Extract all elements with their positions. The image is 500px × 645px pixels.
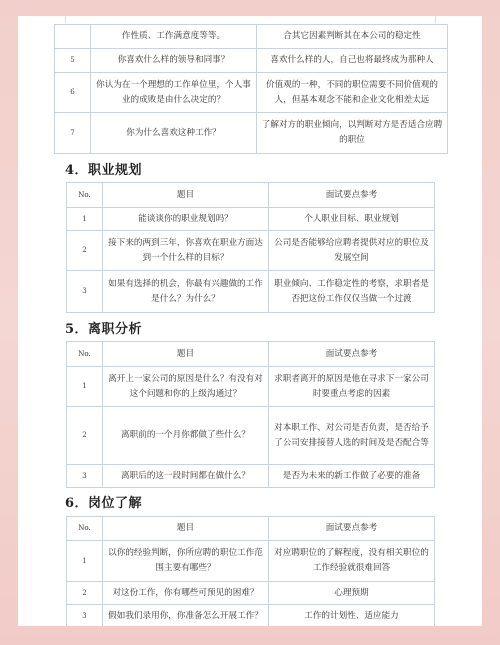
reference-cell: 喜欢什么样的人，自己也将最终成为那种人 bbox=[257, 49, 448, 73]
question-cell: 离开上一家公司的原因是什么？有没有对这个问题和你的上级沟通过？ bbox=[103, 367, 269, 407]
row-number: 7 bbox=[55, 113, 91, 154]
question-cell: 你认为在一个理想的工作单位里，个人事业的成败是由什么决定的？ bbox=[91, 73, 257, 113]
row-number: 2 bbox=[67, 407, 103, 465]
header-question: 题目 bbox=[103, 183, 269, 208]
table-row: 3 假如我们录用你，你准备怎么开展工作？ 工作的计划性、适应能力 bbox=[67, 605, 435, 627]
question-cell: 你喜欢什么样的领导和同事？ bbox=[91, 49, 257, 73]
question-cell: 作性质、工作满意度等等。 bbox=[91, 25, 257, 49]
question-cell: 离职后的这一段时间都在做什么？ bbox=[103, 465, 269, 488]
row-number: 5 bbox=[55, 49, 91, 73]
page-edge-mark-left bbox=[65, 16, 66, 23]
reference-cell: 求职者离开的原因是他在寻求下一家公司时要重点考虑的因素 bbox=[269, 367, 435, 407]
table-row: 5 你喜欢什么样的领导和同事？ 喜欢什么样的人，自己也将最终成为那种人 bbox=[55, 49, 448, 73]
header-question: 题目 bbox=[103, 517, 269, 541]
table-position-understanding: No. 题目 面试要点参考 1 以你的经验判断，你所应聘的职位工作范围主要有哪些… bbox=[66, 516, 435, 626]
table-career-planning: No. 题目 面试要点参考 1 能谈谈你的职业规划吗？ 个人职业目标、职业规划 … bbox=[66, 182, 435, 313]
header-no: No. bbox=[67, 342, 103, 367]
row-number: 1 bbox=[67, 541, 103, 582]
header-reference: 面试要点参考 bbox=[269, 342, 435, 367]
reference-cell: 对本职工作、对公司是否负责，是否给予了公司安排接替人选的时间及是否配合等 bbox=[269, 407, 435, 465]
table-row: 3 如果有选择的机会，你最有兴趣做的工作是什么？为什么？ 职业倾向、工作稳定性的… bbox=[67, 271, 435, 313]
table-header-row: No. 题目 面试要点参考 bbox=[67, 342, 435, 367]
reference-cell: 心理预期 bbox=[269, 582, 435, 605]
reference-cell: 职业倾向、工作稳定性的考察，求职者是否把这份工作仅仅当做一个过渡 bbox=[269, 271, 435, 313]
question-cell: 能谈谈你的职业规划吗？ bbox=[103, 208, 269, 231]
row-number: 3 bbox=[67, 271, 103, 313]
section-title-position-understanding: 6．岗位了解 bbox=[65, 492, 142, 511]
section-title-resignation-analysis: 5．离职分析 bbox=[65, 318, 142, 337]
table-row: 3 离职后的这一段时间都在做什么？ 是否为未来的新工作做了必要的准备 bbox=[67, 465, 435, 488]
header-no: No. bbox=[67, 517, 103, 541]
reference-cell: 对应聘职位的了解程度，没有相关职位的工作经验就很难回答 bbox=[269, 541, 435, 582]
row-number bbox=[55, 25, 91, 49]
table-row: 1 以你的经验判断，你所应聘的职位工作范围主要有哪些？ 对应聘职位的了解程度，没… bbox=[67, 541, 435, 582]
question-cell: 以你的经验判断，你所应聘的职位工作范围主要有哪些？ bbox=[103, 541, 269, 582]
question-cell: 离职前的一个月你都做了些什么？ bbox=[103, 407, 269, 465]
row-number: 1 bbox=[67, 367, 103, 407]
header-question: 题目 bbox=[103, 342, 269, 367]
row-number: 2 bbox=[67, 231, 103, 271]
table-section-3-continued: 作性质、工作满意度等等。 合其它因素判断其在本公司的稳定性 5 你喜欢什么样的领… bbox=[54, 24, 448, 154]
row-number: 1 bbox=[67, 208, 103, 231]
question-cell: 你为什么喜欢这种工作？ bbox=[91, 113, 257, 154]
table-row: 2 对这份工作，你有哪些可预见的困难？ 心理预期 bbox=[67, 582, 435, 605]
header-no: No. bbox=[67, 183, 103, 208]
reference-cell: 个人职业目标、职业规划 bbox=[269, 208, 435, 231]
question-cell: 对这份工作，你有哪些可预见的困难？ bbox=[103, 582, 269, 605]
row-number: 6 bbox=[55, 73, 91, 113]
table-row: 1 能谈谈你的职业规划吗？ 个人职业目标、职业规划 bbox=[67, 208, 435, 231]
row-number: 2 bbox=[67, 582, 103, 605]
question-cell: 如果有选择的机会，你最有兴趣做的工作是什么？为什么？ bbox=[103, 271, 269, 313]
reference-cell: 了解对方的职业倾向，以判断对方是否适合应聘的职位 bbox=[257, 113, 448, 154]
question-cell: 假如我们录用你，你准备怎么开展工作？ bbox=[103, 605, 269, 627]
reference-cell: 公司是否能够给应聘者提供对应的职位及发展空间 bbox=[269, 231, 435, 271]
page-edge-mark-right bbox=[435, 16, 436, 23]
reference-cell: 工作的计划性、适应能力 bbox=[269, 605, 435, 627]
question-cell: 接下来的两到三年，你喜欢在职业方面达到一个什么样的目标？ bbox=[103, 231, 269, 271]
table-header-row: No. 题目 面试要点参考 bbox=[67, 517, 435, 541]
header-reference: 面试要点参考 bbox=[269, 183, 435, 208]
table-row: 7 你为什么喜欢这种工作？ 了解对方的职业倾向，以判断对方是否适合应聘的职位 bbox=[55, 113, 448, 154]
table-row: 2 接下来的两到三年，你喜欢在职业方面达到一个什么样的目标？ 公司是否能够给应聘… bbox=[67, 231, 435, 271]
table-row: 6 你认为在一个理想的工作单位里，个人事业的成败是由什么决定的？ 价值观的一种，… bbox=[55, 73, 448, 113]
row-number: 3 bbox=[67, 605, 103, 627]
table-row: 作性质、工作满意度等等。 合其它因素判断其在本公司的稳定性 bbox=[55, 25, 448, 49]
table-row: 2 离职前的一个月你都做了些什么？ 对本职工作、对公司是否负责，是否给予了公司安… bbox=[67, 407, 435, 465]
table-resignation-analysis: No. 题目 面试要点参考 1 离开上一家公司的原因是什么？有没有对这个问题和你… bbox=[66, 341, 435, 488]
table-row: 1 离开上一家公司的原因是什么？有没有对这个问题和你的上级沟通过？ 求职者离开的… bbox=[67, 367, 435, 407]
row-number: 3 bbox=[67, 465, 103, 488]
document-page: 作性质、工作满意度等等。 合其它因素判断其在本公司的稳定性 5 你喜欢什么样的领… bbox=[18, 16, 482, 626]
reference-cell: 是否为未来的新工作做了必要的准备 bbox=[269, 465, 435, 488]
table-header-row: No. 题目 面试要点参考 bbox=[67, 183, 435, 208]
reference-cell: 合其它因素判断其在本公司的稳定性 bbox=[257, 25, 448, 49]
reference-cell: 价值观的一种，不同的职位需要不同价值观的人，但基本观念不能和企业文化相差太远 bbox=[257, 73, 448, 113]
header-reference: 面试要点参考 bbox=[269, 517, 435, 541]
section-title-career-planning: 4．职业规划 bbox=[65, 159, 142, 178]
